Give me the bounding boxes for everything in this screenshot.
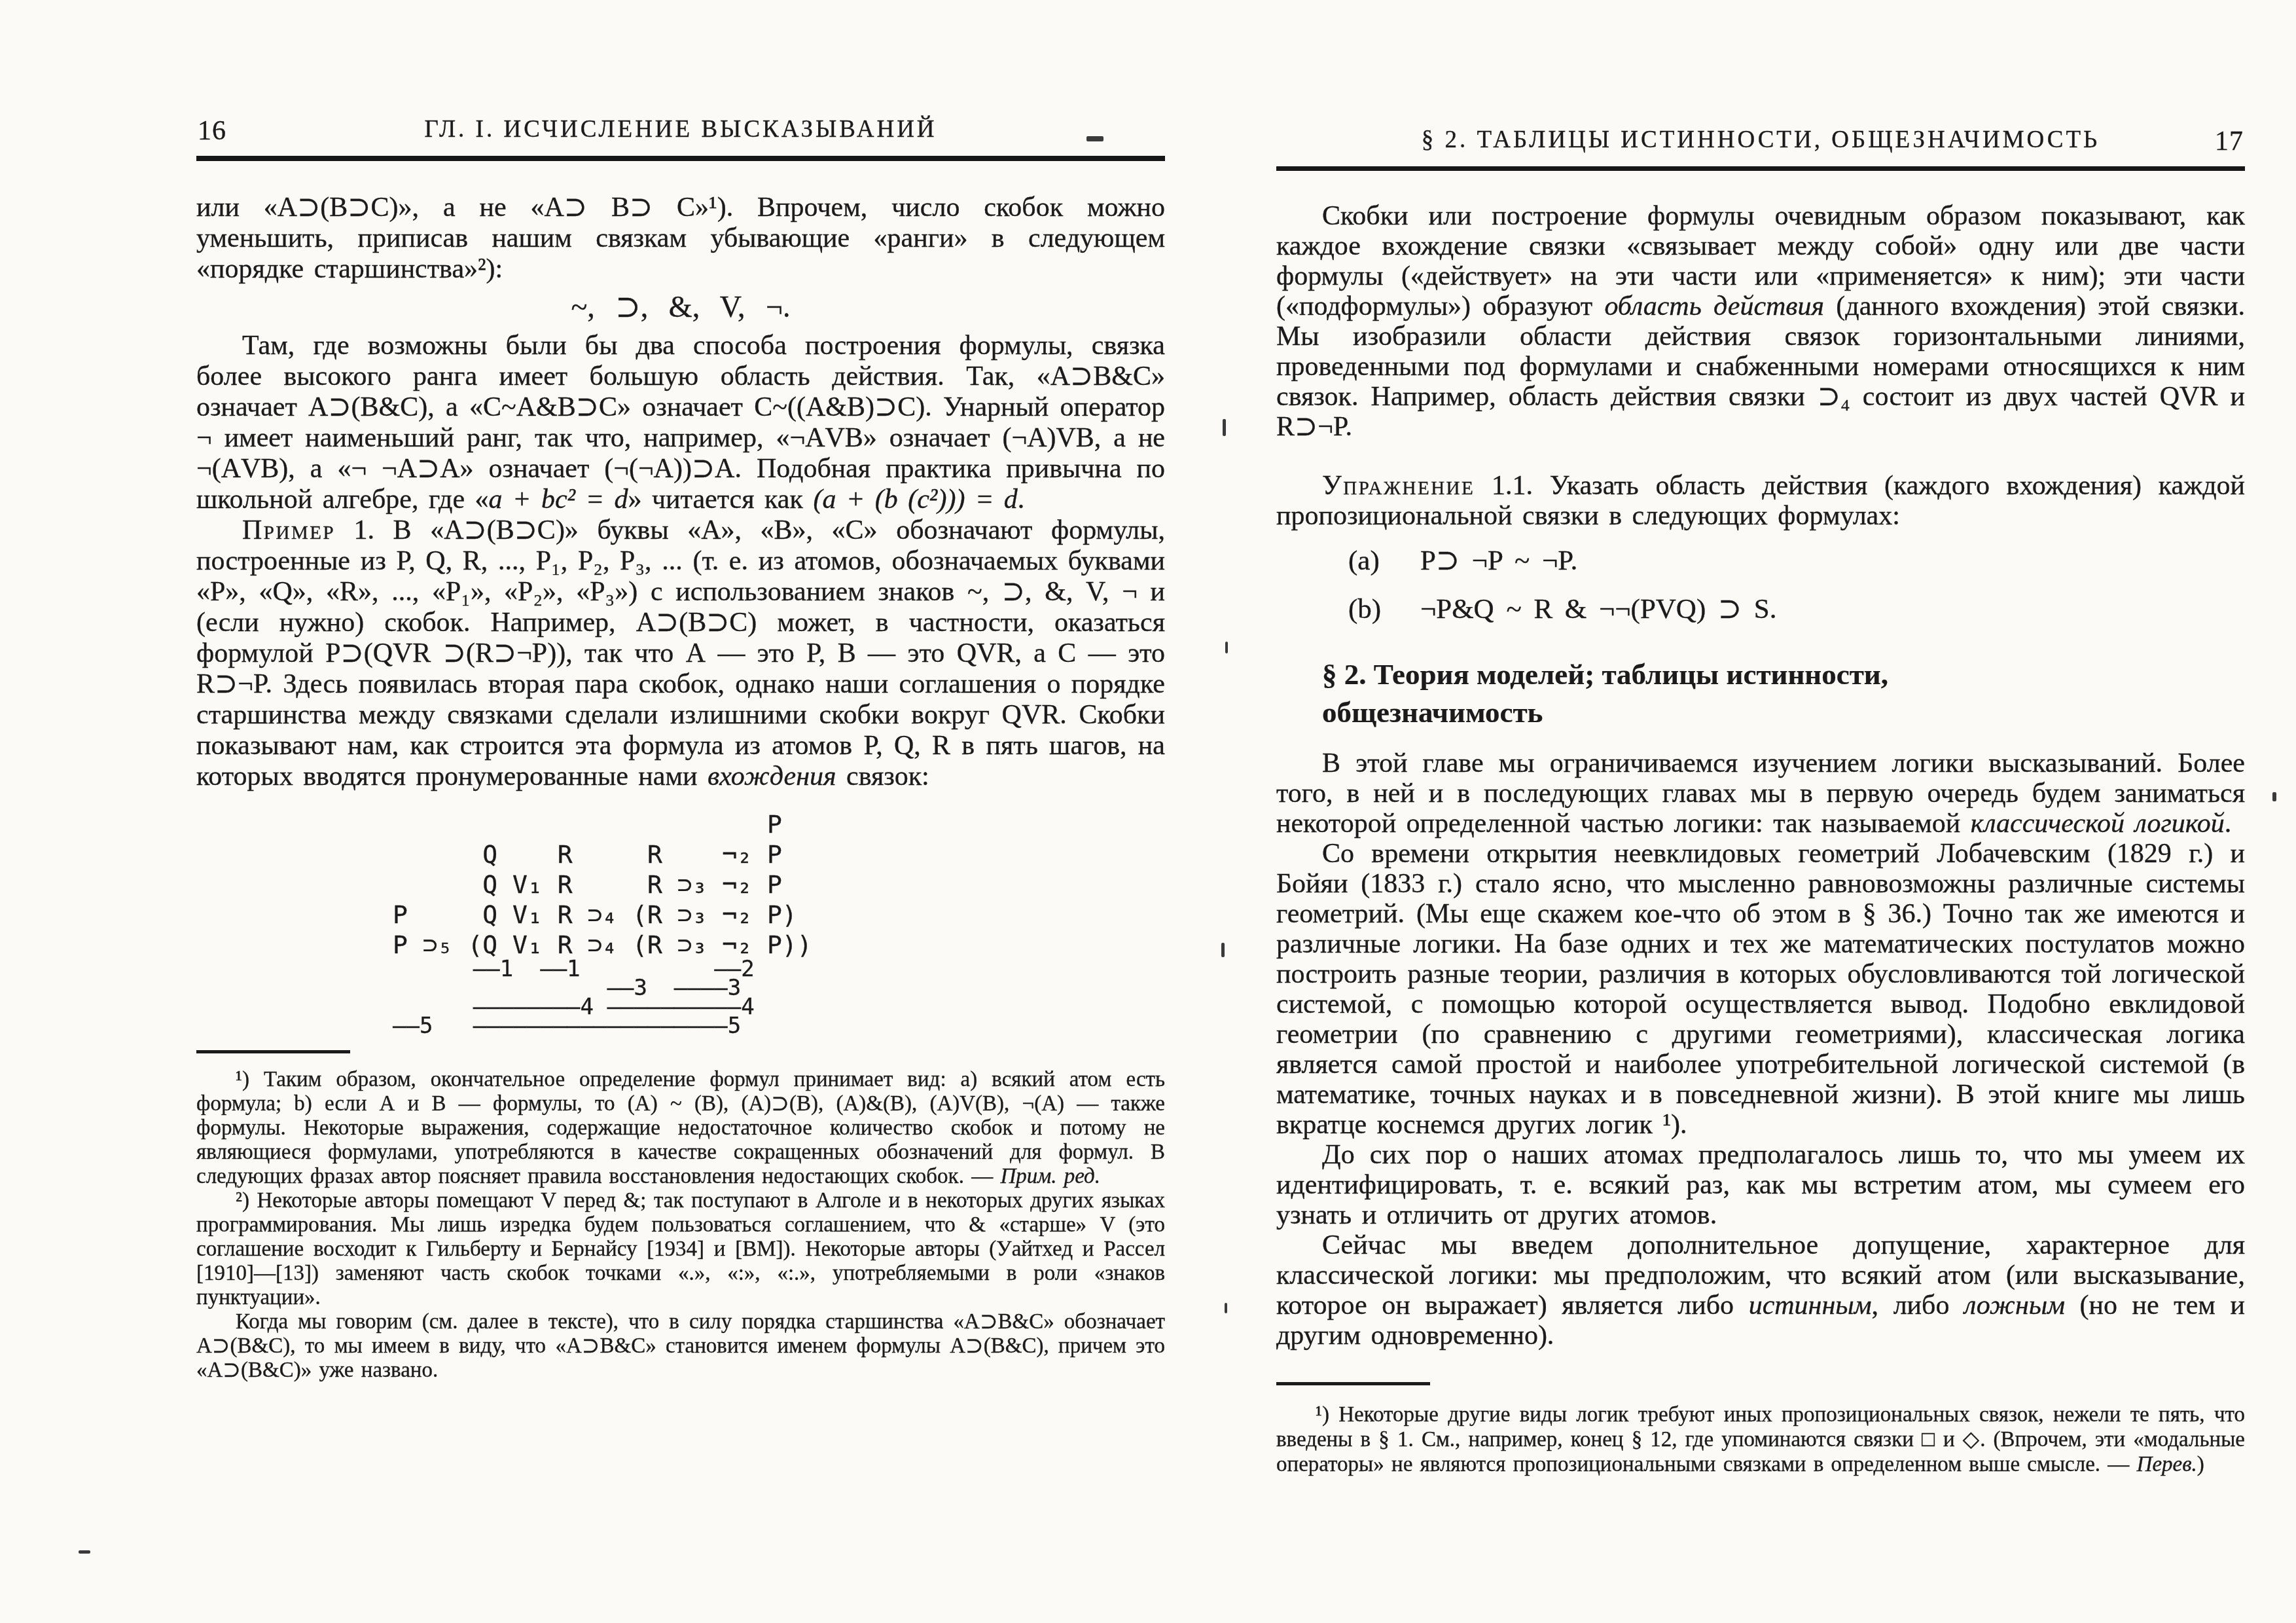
text-run: ¹) Некоторые другие виды логик требуют и… [1276, 1403, 2245, 1476]
term-run: область действия [1604, 291, 1824, 321]
paragraph-exercise: Упражнение 1.1. Указать область действия… [1276, 471, 2245, 531]
item-label: (b) [1348, 591, 1394, 628]
right-running-head: § 2. ТАБЛИЦЫ ИСТИННОСТИ, ОБЩЕЗНАЧИМОСТЬ … [1276, 126, 2245, 157]
text-run: ) [2197, 1453, 2204, 1476]
scan-speck [1221, 943, 1225, 957]
text-run: . [2225, 809, 2232, 839]
exercise-label: Упражнение [1322, 471, 1475, 501]
scan-speck [1223, 419, 1226, 436]
scan-speck [2272, 792, 2276, 801]
footnote-2-continuation: Когда мы говорим (см. далее в тексте), ч… [196, 1310, 1165, 1383]
right-header-rule [1276, 166, 2245, 171]
footnote-separator [196, 1050, 350, 1053]
section-heading-line: общезначимость [1322, 693, 2245, 731]
item-label: (a) [1348, 543, 1394, 579]
term-run: истинным [1749, 1290, 1872, 1321]
text-run: . [1018, 484, 1025, 515]
paragraph-true-false-assumption: Сейчас мы введем дополнительное допущени… [1276, 1230, 2245, 1351]
example-label: Пример [242, 515, 335, 545]
footnote-2: ²) Некоторые авторы помещают V перед &; … [196, 1189, 1165, 1310]
diagram-line: P Q V₁ R ⊃₄ (R ⊃₃ ¬₂ P) [393, 900, 812, 930]
formula-construction-diagram: P Q R R ¬₂ P Q V₁ R R ⊃₃ ¬₂ P P Q V₁ R ⊃… [393, 809, 812, 1036]
term-run: классической логикой [1971, 809, 2225, 839]
editor-note: Прим. ред. [1000, 1165, 1100, 1188]
section-heading-line: § 2. Теория моделей; таблицы истинности, [1322, 655, 2245, 693]
diagram-line: Q R R ¬₂ P [393, 839, 812, 869]
diagram-line: Q V₁ R R ⊃₃ ¬₂ P [393, 869, 812, 900]
exercise-item-a: (a)P⊃ ¬P ~ ¬P. [1348, 543, 2245, 579]
footnote-1: ¹) Таким образом, окончательное определе… [196, 1068, 1165, 1189]
precedence-order-formula: ~, ⊃, &, V, ¬. [196, 287, 1165, 327]
italic-run: вхождения [708, 761, 836, 792]
paragraph-atoms-identify: До сих пор о наших атомах предполагалось… [1276, 1140, 2245, 1230]
scan-speck [1225, 1303, 1227, 1313]
footnote-separator [1276, 1382, 1430, 1385]
diagram-line: P [393, 809, 812, 839]
page-right: § 2. ТАБЛИЦЫ ИСТИННОСТИ, ОБЩЕЗНАЧИМОСТЬ … [1276, 0, 2245, 1477]
section-2-heading: § 2. Теория моделей; таблицы истинности,… [1322, 655, 2245, 731]
right-footnotes: ¹) Некоторые другие виды логик требуют и… [1276, 1402, 2245, 1477]
term-run: ложным [1964, 1290, 2065, 1321]
right-header-title: § 2. ТАБЛИЦЫ ИСТИННОСТИ, ОБЩЕЗНАЧИМОСТЬ [1276, 126, 2245, 154]
left-running-head: 16 ГЛ. I. ИСЧИСЛЕНИЕ ВЫСКАЗЫВАНИЙ [196, 115, 1165, 147]
exercise-items: (a)P⊃ ¬P ~ ¬P. (b)¬P&Q ~ R & ¬¬(PVQ) ⊃ S… [1276, 543, 2245, 628]
paragraph-scope-rules: Там, где возможны были бы два способа по… [196, 331, 1165, 515]
scan-speck [1225, 642, 1228, 653]
left-header-rule [196, 156, 1165, 161]
math-run: a + bc² = d [489, 484, 628, 515]
scan-speck [1086, 136, 1103, 141]
paragraph-geometries: Со времени открытия неевклидовых геометр… [1276, 839, 2245, 1140]
left-footnotes: ¹) Таким образом, окончательное определе… [196, 1068, 1165, 1383]
paragraph-scope-explanation: Скобки или построение формулы очевидным … [1276, 201, 2245, 442]
page-left: 16 ГЛ. I. ИСЧИСЛЕНИЕ ВЫСКАЗЫВАНИЙ или «А… [196, 0, 1165, 1383]
paragraph-continuation: или «А⊃(В⊃С)», а не «А⊃ В⊃ С»¹). Впрочем… [196, 192, 1165, 285]
left-header-title: ГЛ. I. ИСЧИСЛЕНИЕ ВЫСКАЗЫВАНИЙ [196, 115, 1165, 143]
math-run: (a + (b (c²))) = d [813, 484, 1017, 515]
left-page-number: 16 [198, 115, 226, 147]
right-body: Скобки или построение формулы очевидным … [1276, 201, 2245, 1477]
left-body: или «А⊃(В⊃С)», а не «А⊃ В⊃ С»¹). Впрочем… [196, 192, 1165, 1383]
text-run: 1. В «А⊃(В⊃С)» буквы «А», «В», «С» обозн… [196, 515, 1165, 792]
translator-note: Перев. [2137, 1453, 2197, 1476]
text-run: , либо [1872, 1290, 1965, 1321]
text-run: » читается как [628, 484, 814, 515]
item-formula: P⊃ ¬P ~ ¬P. [1420, 545, 1577, 576]
paragraph-example-1: Пример 1. В «А⊃(В⊃С)» буквы «А», «В», «С… [196, 515, 1165, 792]
exercise-item-b: (b)¬P&Q ~ R & ¬¬(PVQ) ⊃ S. [1348, 591, 2245, 628]
footnote-1: ¹) Некоторые другие виды логик требуют и… [1276, 1402, 2245, 1477]
book-scan-spread: 16 ГЛ. I. ИСЧИСЛЕНИЕ ВЫСКАЗЫВАНИЙ или «А… [0, 0, 2296, 1623]
item-formula: ¬P&Q ~ R & ¬¬(PVQ) ⊃ S. [1420, 594, 1776, 625]
text-run: связок: [836, 761, 929, 792]
right-page-number: 17 [2215, 126, 2244, 157]
paragraph-classical-logic: В этой главе мы ограничиваемся изучением… [1276, 748, 2245, 839]
scan-speck [79, 1550, 90, 1554]
